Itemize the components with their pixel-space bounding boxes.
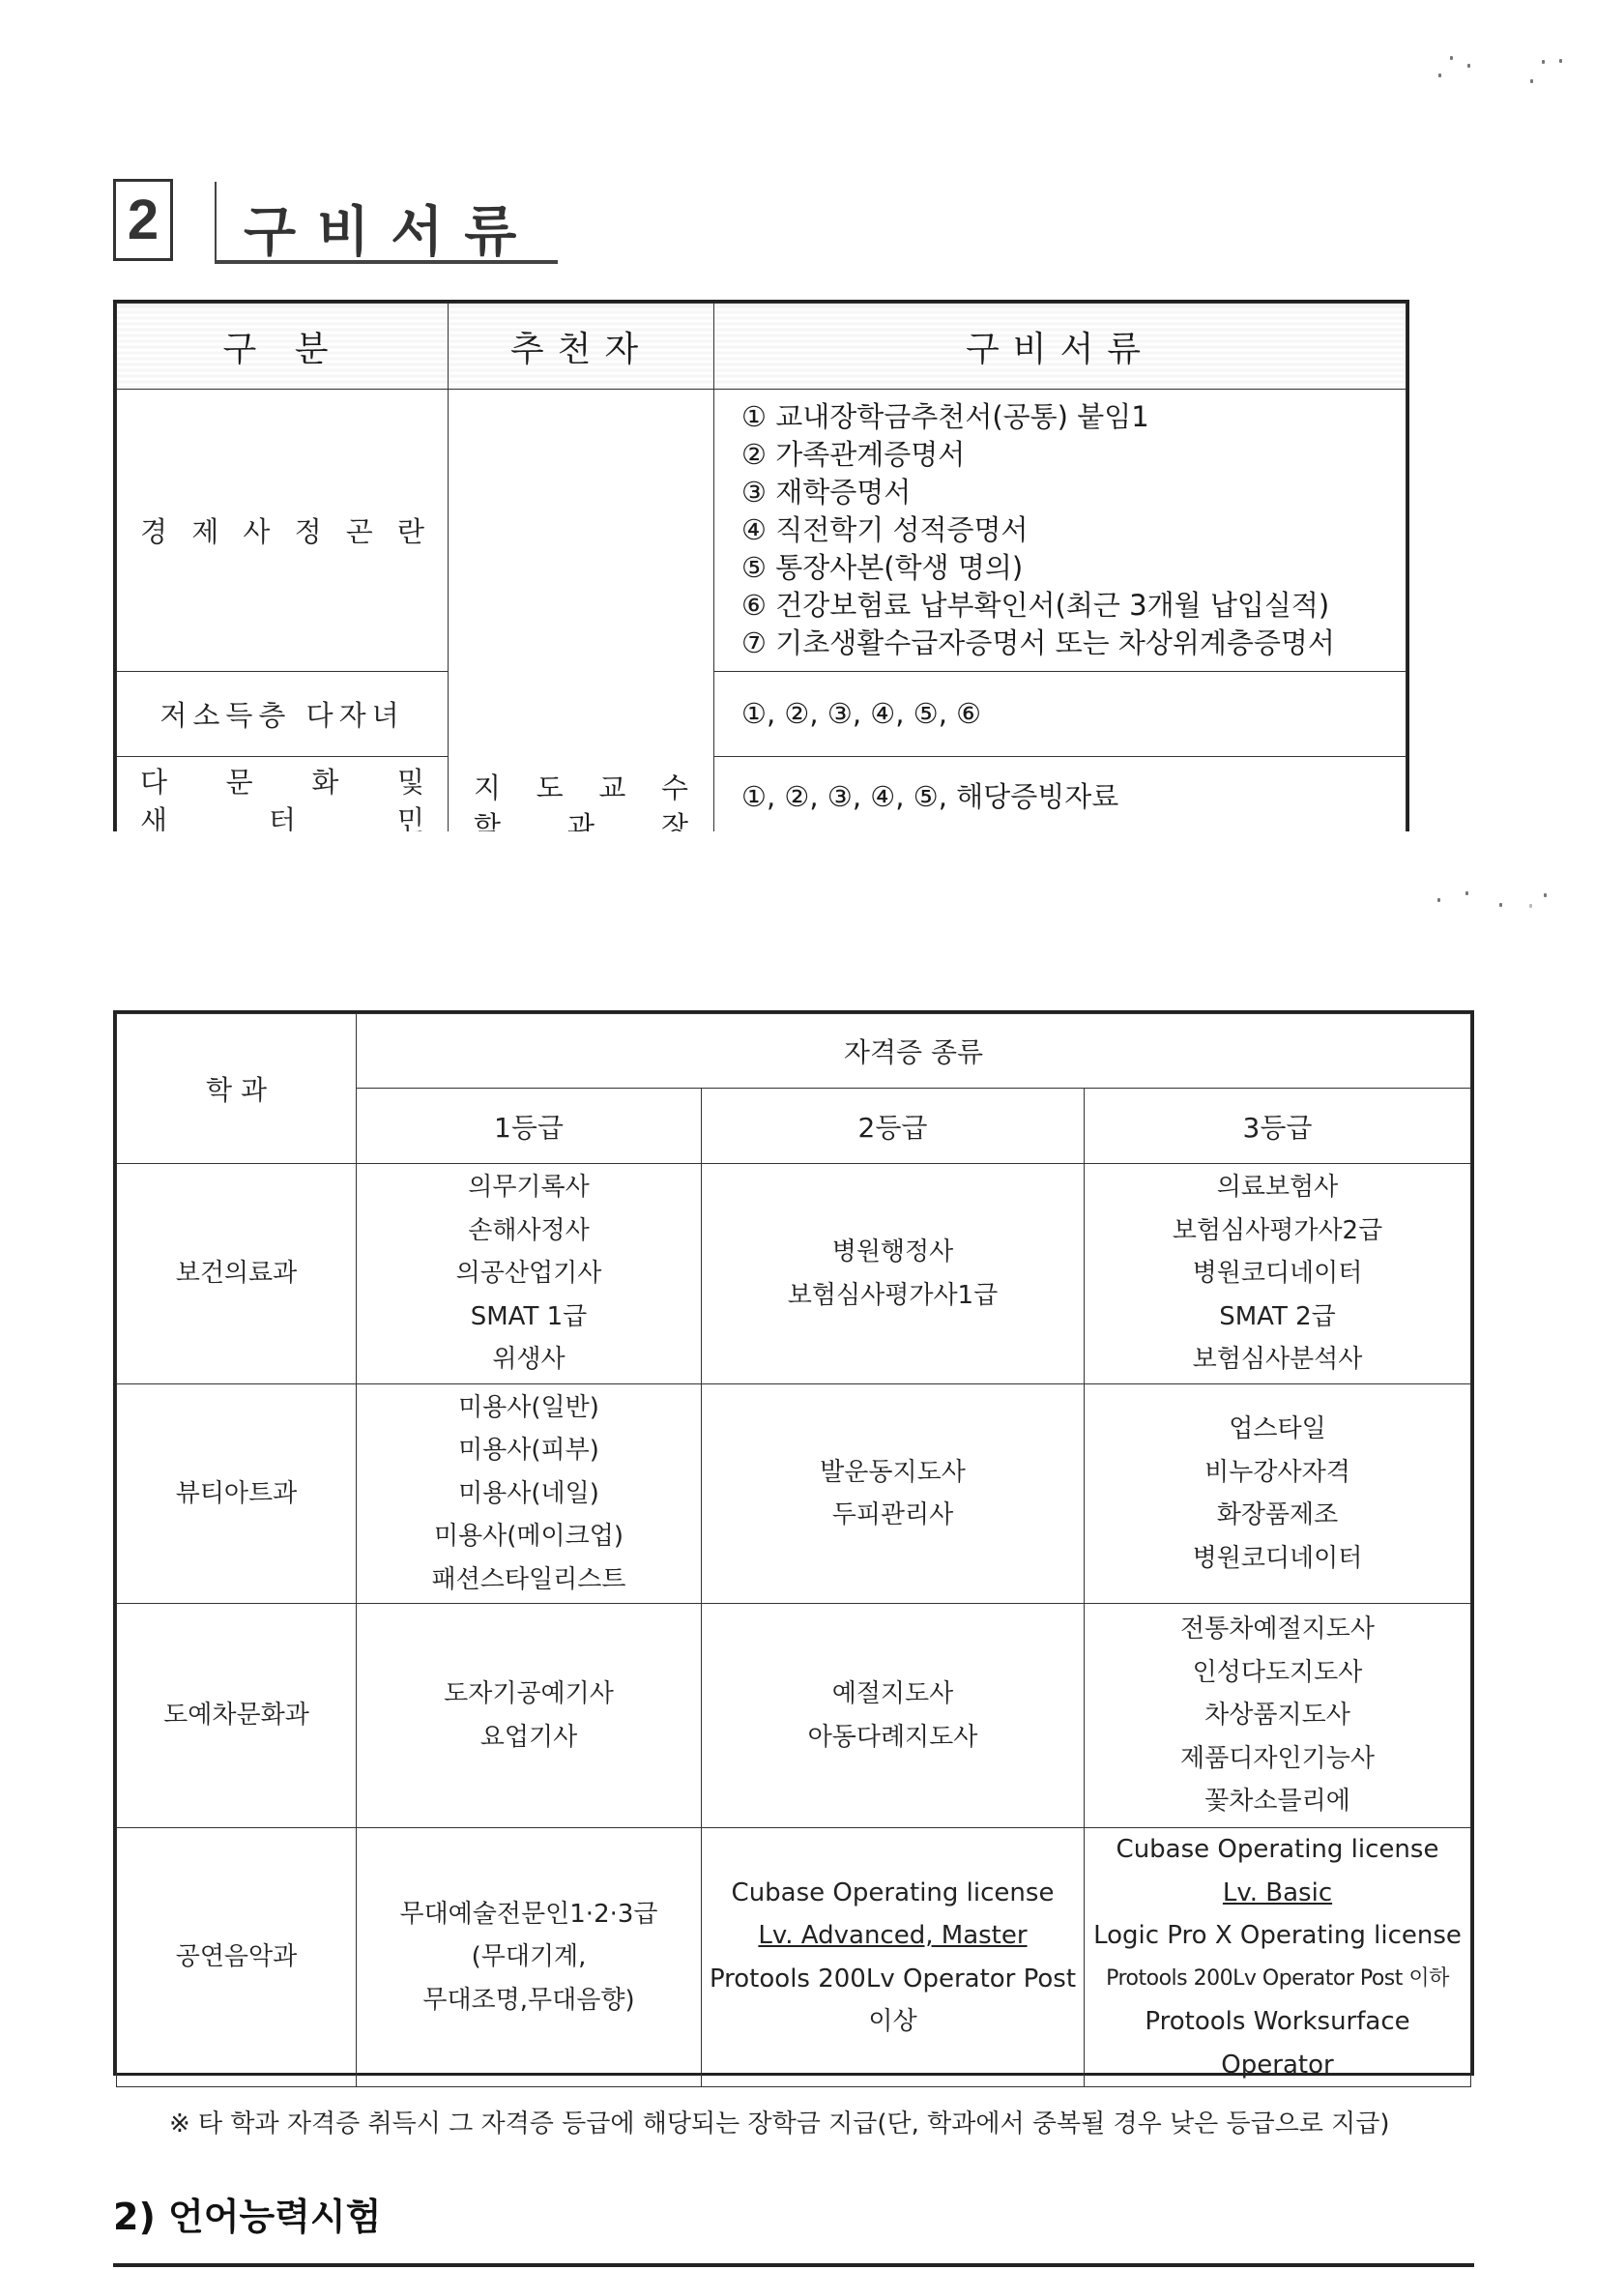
grade2-cell: 예절지도사 아동다례지도사	[702, 1604, 1085, 1828]
grade3-cell: 업스타일 비누강사자격 화장품제조 병원코디네이터	[1085, 1384, 1471, 1604]
document-item: ⑦ 기초생활수급자증명서 또는 차상위계층증명서	[741, 625, 1406, 662]
category-cell: 다 문 화 및 새 터 민	[117, 757, 449, 832]
scan-speck	[1559, 59, 1562, 63]
table-row: 도예차문화과 도자기공예기사 요업기사 예절지도사 아동다례지도사 전통차예절지…	[117, 1604, 1471, 1828]
grade3-cell: Cubase Operating license Lv. Basic Logic…	[1085, 1828, 1471, 2087]
table-header-row: 구 분 추천자 구비서류	[117, 304, 1406, 390]
grade1-cell: 의무기록사 손해사정사 의공산업기사 SMAT 1급 위생사	[357, 1164, 702, 1384]
header-grade2: 2등급	[702, 1089, 1085, 1164]
table-row: 뷰티아트과 미용사(일반) 미용사(피부) 미용사(네일) 미용사(메이크업) …	[117, 1384, 1471, 1604]
grade2-cell: 병원행정사 보험심사평가사1급	[702, 1164, 1085, 1384]
table-row: 다 문 화 및 새 터 민 ①, ②, ③, ④, ⑤, 해당증빙자료	[117, 757, 1406, 832]
table-header-row: 학 과 자격증 종류	[117, 1014, 1471, 1089]
scan-speck	[1544, 893, 1547, 897]
dept-cell: 공연음악과	[117, 1828, 357, 2087]
grade1-cell: 무대예술전문인1·2·3급 (무대기계, 무대조명,무대음향)	[357, 1828, 702, 2087]
grade2-cell: Cubase Operating license Lv. Advanced, M…	[702, 1828, 1085, 2087]
footnote: ※ 타 학과 자격증 취득시 그 자격증 등급에 해당되는 장학금 지급(단, …	[169, 2104, 1390, 2139]
category-cell: 저소득층 다자녀	[117, 672, 449, 757]
scan-speck	[1542, 60, 1545, 64]
document-item: ⑥ 건강보험료 납부확인서(최근 3개월 납입실적)	[741, 587, 1406, 625]
section-number-box: 2	[113, 179, 173, 261]
scan-speck	[1450, 56, 1453, 60]
document-item: ② 가족관계증명서	[741, 436, 1406, 474]
header-recommender: 추천자	[449, 304, 714, 390]
recommender-cell: 지 도 교 수 학 과 장	[449, 390, 714, 832]
dept-cell: 도예차문화과	[117, 1604, 357, 1828]
header-cert-types: 자격증 종류	[357, 1014, 1471, 1089]
scan-speck	[1530, 79, 1533, 83]
scan-speck	[1467, 64, 1470, 68]
subsection-title: 2) 언어능력시험	[113, 2187, 381, 2240]
section-title: 구비서류	[244, 189, 537, 267]
table-row: 공연음악과 무대예술전문인1·2·3급 (무대기계, 무대조명,무대음향) Cu…	[117, 1828, 1471, 2087]
header-category: 구 분	[117, 304, 449, 390]
document-item: ④ 직전학기 성적증명서	[741, 511, 1406, 549]
header-documents: 구비서류	[714, 304, 1406, 390]
grade2-cell: 발운동지도사 두피관리사	[702, 1384, 1085, 1604]
dept-cell: 뷰티아트과	[117, 1384, 357, 1604]
scan-speck	[1499, 903, 1502, 907]
certificate-grade-table: 학 과 자격증 종류 1등급 2등급 3등급 보건의료과 의무기록사 손해사정사…	[113, 1010, 1474, 2076]
document-item: ① 교내장학금추천서(공통) 붙임1	[741, 398, 1406, 436]
scan-speck	[1465, 891, 1468, 895]
documents-cell: ①, ②, ③, ④, ⑤, ⑥	[714, 672, 1406, 757]
grade1-cell: 미용사(일반) 미용사(피부) 미용사(네일) 미용사(메이크업) 패션스타일리…	[357, 1384, 702, 1604]
header-grade1: 1등급	[357, 1089, 702, 1164]
dept-cell: 보건의료과	[117, 1164, 357, 1384]
next-table-top-border	[113, 2263, 1474, 2267]
header-dept: 학 과	[117, 1014, 357, 1164]
category-cell: 경 제 사 정 곤 란	[117, 390, 449, 672]
grade1-cell: 도자기공예기사 요업기사	[357, 1604, 702, 1828]
scan-speck	[1438, 73, 1441, 77]
scan-speck	[1529, 904, 1532, 908]
required-documents-table: 구 분 추천자 구비서류 경 제 사 정 곤 란 지 도	[113, 300, 1409, 831]
table-row: 저소득층 다자녀 ①, ②, ③, ④, ⑤, ⑥	[117, 672, 1406, 757]
grade3-cell: 전통차예절지도사 인성다도지도사 차상품지도사 제품디자인기능사 꽃차소믈리에	[1085, 1604, 1471, 1828]
header-grade3: 3등급	[1085, 1089, 1471, 1164]
document-item: ③ 재학증명서	[741, 474, 1406, 511]
table-row: 경 제 사 정 곤 란 지 도 교 수 학	[117, 390, 1406, 672]
table-row: 보건의료과 의무기록사 손해사정사 의공산업기사 SMAT 1급 위생사 병원행…	[117, 1164, 1471, 1384]
scan-speck	[1437, 898, 1440, 902]
section-number: 2	[128, 188, 159, 252]
document-item: ⑤ 통장사본(학생 명의)	[741, 549, 1406, 587]
grade3-cell: 의료보험사 보험심사평가사2급 병원코디네이터 SMAT 2급 보험심사분석사	[1085, 1164, 1471, 1384]
documents-cell: ① 교내장학금추천서(공통) 붙임1 ② 가족관계증명서 ③ 재학증명서 ④ 직…	[714, 390, 1406, 672]
documents-cell: ①, ②, ③, ④, ⑤, 해당증빙자료	[714, 757, 1406, 832]
